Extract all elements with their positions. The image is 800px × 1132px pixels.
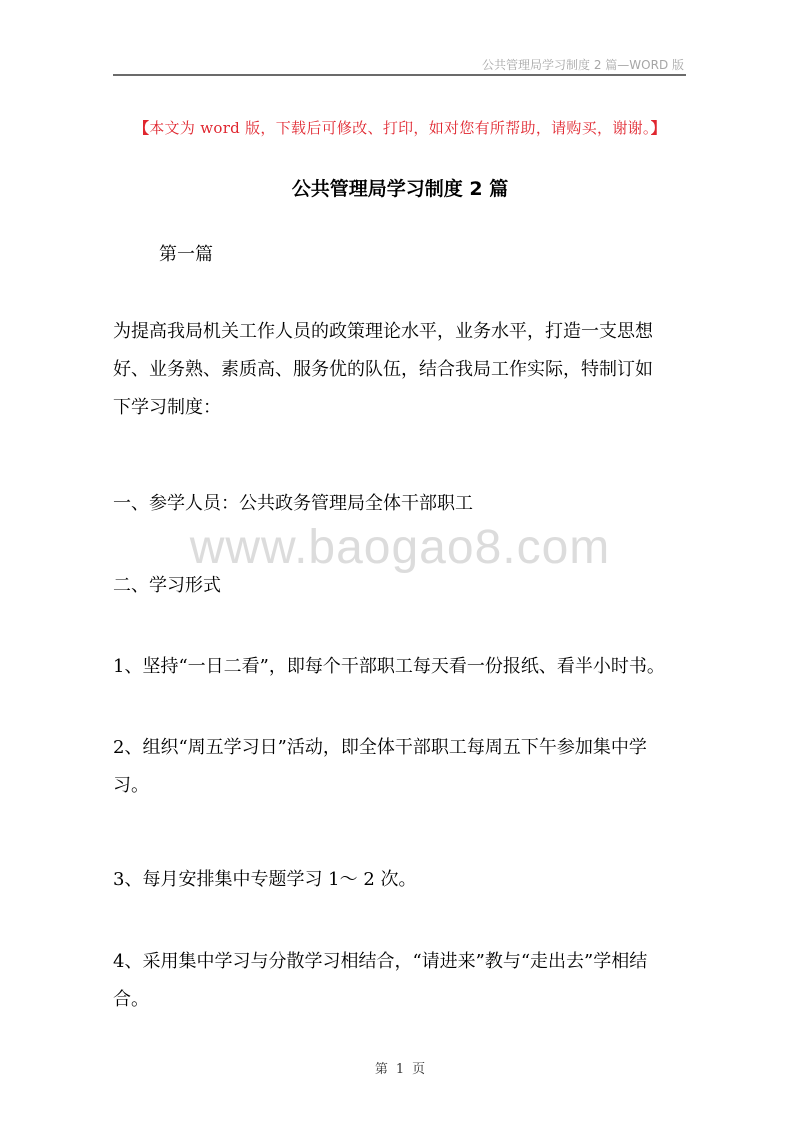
point-1: 1、坚持“一日二看”，即每个干部职工每天看一份报纸、看半小时书。	[113, 648, 693, 686]
point-4-line-2: 合。	[113, 981, 693, 1019]
section-heading: 第一篇	[159, 236, 739, 274]
notice-close-bracket: 】	[651, 119, 666, 137]
page-number: 1	[396, 1062, 404, 1077]
notice-text: 本文为 word 版，下载后可修改、打印，如对您有所帮助，请购买，谢谢。	[149, 119, 650, 137]
item-participants: 一、参学人员：公共政务管理局全体干部职工	[113, 485, 693, 523]
footer-prefix: 第	[375, 1062, 388, 1077]
intro-line-2: 好、业务熟、素质高、服务优的队伍，结合我局工作实际，特制订如	[113, 351, 693, 389]
item-learning-format: 二、学习形式	[113, 567, 693, 605]
point-2-line-2: 习。	[113, 767, 693, 805]
page-footer: 第1页	[0, 1058, 800, 1077]
running-title: 公共管理局学习制度 2 篇—WORD 版	[482, 56, 684, 73]
download-notice: 【本文为 word 版，下载后可修改、打印，如对您有所帮助，请购买，谢谢。】	[0, 117, 800, 138]
page-header: 公共管理局学习制度 2 篇—WORD 版	[113, 52, 686, 76]
intro-line-3: 下学习制度：	[113, 389, 693, 427]
intro-line-1: 为提高我局机关工作人员的政策理论水平，业务水平，打造一支思想	[113, 313, 693, 351]
point-4-line-1: 4、采用集中学习与分散学习相结合，“请进来”教与“走出去”学相结	[113, 943, 693, 981]
document-title: 公共管理局学习制度 2 篇	[0, 174, 800, 201]
point-3: 3、每月安排集中专题学习 1～ 2 次。	[113, 861, 693, 899]
notice-open-bracket: 【	[134, 119, 149, 137]
point-2-line-1: 2、组织“周五学习日”活动，即全体干部职工每周五下午参加集中学	[113, 729, 693, 767]
footer-suffix: 页	[412, 1062, 425, 1077]
